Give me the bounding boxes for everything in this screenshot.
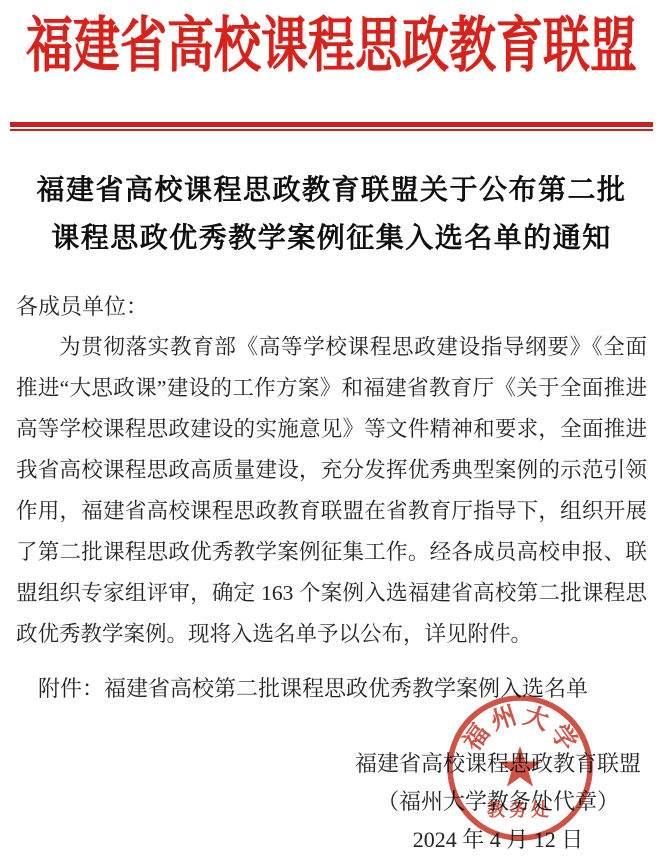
document-title-line1: 福建省高校课程思政教育联盟关于公布第二批 [0, 167, 663, 215]
masthead-title: 福建省高校课程思政教育联盟 [26, 7, 637, 86]
seal-arc-char-3: 大 [520, 701, 552, 735]
seal-arc-char-2: 州 [488, 702, 520, 735]
document-page: 福建省高校课程思政教育联盟 福建省高校课程思政教育联盟关于公布第二批 课程思政优… [0, 0, 663, 856]
masthead: 福建省高校课程思政教育联盟 [0, 16, 663, 88]
signature-date: 2024 年 4 月 12 日 [355, 821, 641, 856]
salutation: 各成员单位： [16, 291, 647, 323]
body-paragraph: 为贯彻落实教育部《高等学校课程思政建设指导纲要》《全面推进“大思政课”建设的工作… [16, 327, 647, 655]
divider-thick-line [10, 122, 653, 127]
document-title: 福建省高校课程思政教育联盟关于公布第二批 课程思政优秀教学案例征集入选名单的通知 [0, 167, 663, 263]
signature-organization: 福建省高校课程思政教育联盟 [355, 745, 641, 783]
document-title-line2: 课程思政优秀教学案例征集入选名单的通知 [0, 215, 663, 263]
divider-thin-line [10, 129, 653, 131]
attachment-line: 附件：福建省高校第二批课程思政优秀教学案例入选名单 [16, 673, 647, 705]
signature-block: 福建省高校课程思政教育联盟 （福州大学教务处代章） 2024 年 4 月 12 … [0, 745, 663, 856]
header-divider [10, 122, 653, 131]
signature-note: （福州大学教务处代章） [355, 783, 641, 821]
